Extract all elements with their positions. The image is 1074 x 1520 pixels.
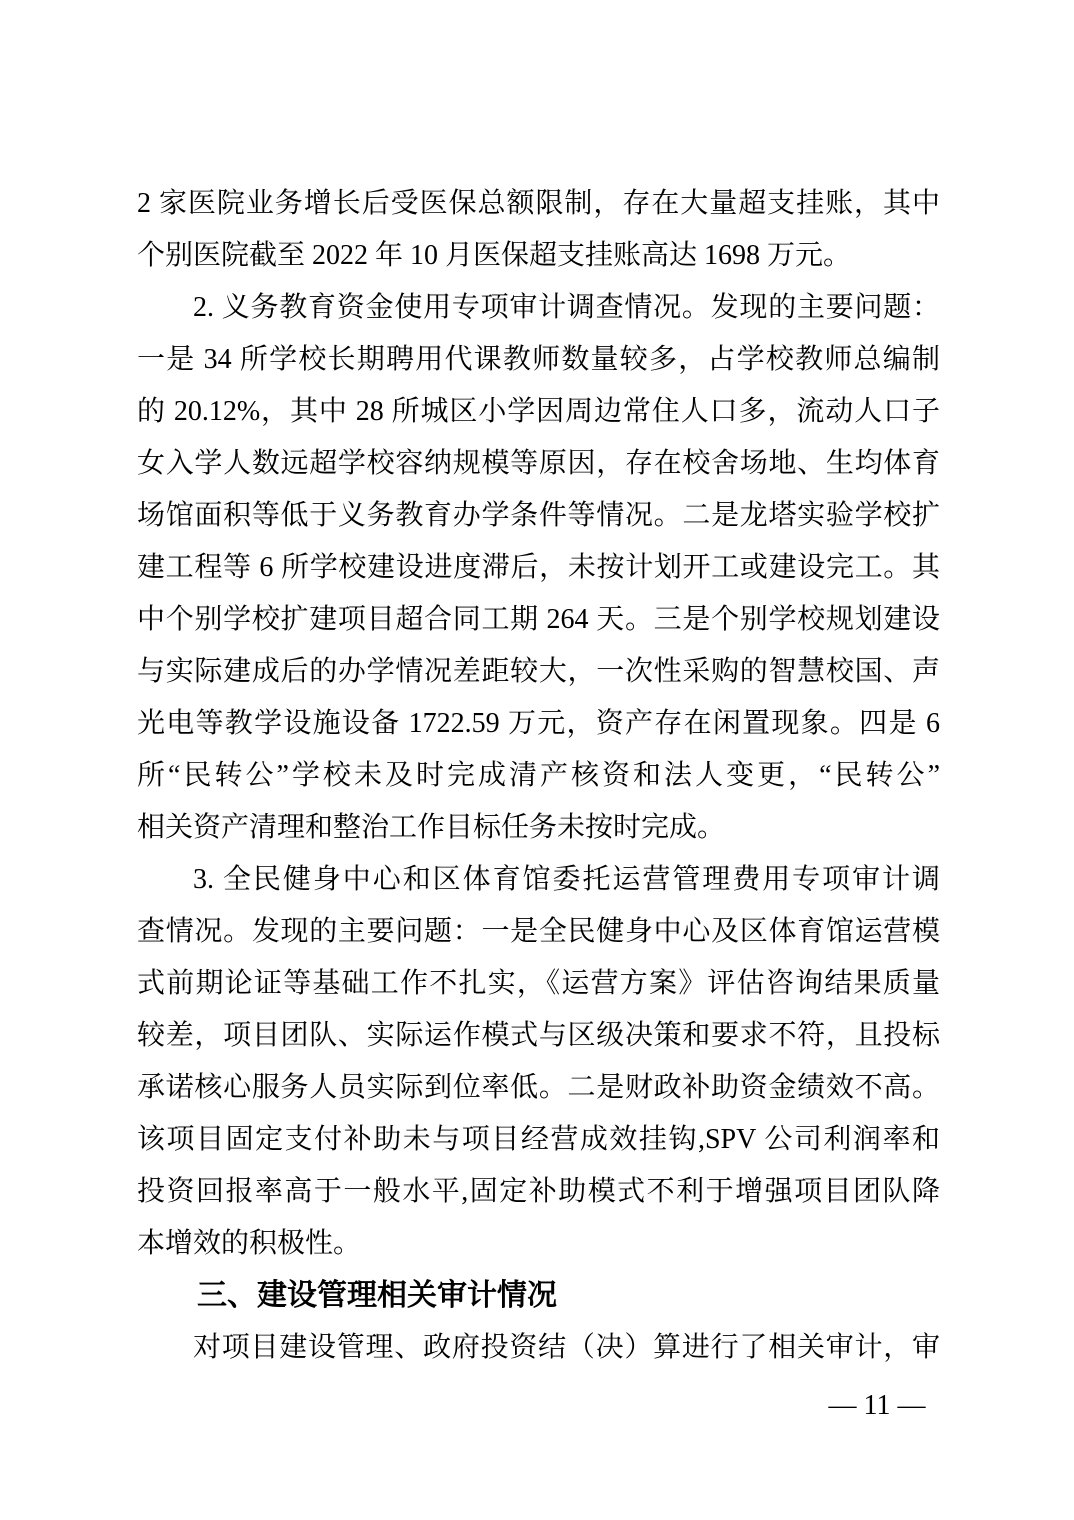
- document-line: 的 20.12%，其中 28 所城区小学因周边常住人口多，流动人口子: [137, 386, 940, 438]
- document-line: 对项目建设管理、政府投资结（决）算进行了相关审计，审: [137, 1322, 940, 1374]
- document-line: 与实际建成后的办学情况差距较大，一次性采购的智慧校国、声: [137, 646, 940, 698]
- document-line: 式前期论证等基础工作不扎实，《运营方案》评估咨询结果质量: [137, 958, 940, 1010]
- document-page: 2 家医院业务增长后受医保总额限制，存在大量超支挂账，其中 个别医院截至 202…: [0, 0, 1074, 1520]
- document-line: 相关资产清理和整治工作目标任务未按时完成。: [137, 802, 940, 854]
- document-line: 光电等教学设施设备 1722.59 万元，资产存在闲置现象。四是 6: [137, 698, 940, 750]
- document-line: 查情况。发现的主要问题：一是全民健身中心及区体育馆运营模: [137, 906, 940, 958]
- document-line: 建工程等 6 所学校建设进度滞后，未按计划开工或建设完工。其: [137, 542, 940, 594]
- document-line: 本增效的积极性。: [137, 1218, 940, 1270]
- document-line: 承诺核心服务人员实际到位率低。二是财政补助资金绩效不高。: [137, 1062, 940, 1114]
- document-line: 2. 义务教育资金使用专项审计调查情况。发现的主要问题：: [137, 282, 940, 334]
- document-line: 投资回报率高于一般水平,固定补助模式不利于增强项目团队降: [137, 1166, 940, 1218]
- document-line: 该项目固定支付补助未与项目经营成效挂钩,SPV 公司利润率和: [137, 1114, 940, 1166]
- document-line: 所“民转公”学校未及时完成清产核资和法人变更，“民转公”: [137, 750, 940, 802]
- document-line: 较差，项目团队、实际运作模式与区级决策和要求不符，且投标: [137, 1010, 940, 1062]
- document-body: 2 家医院业务增长后受医保总额限制，存在大量超支挂账，其中 个别医院截至 202…: [137, 178, 940, 1374]
- section-heading: 三、建设管理相关审计情况: [137, 1270, 940, 1322]
- document-line: 中个别学校扩建项目超合同工期 264 天。三是个别学校规划建设: [137, 594, 940, 646]
- document-line: 场馆面积等低于义务教育办学条件等情况。二是龙塔实验学校扩: [137, 490, 940, 542]
- document-line: 2 家医院业务增长后受医保总额限制，存在大量超支挂账，其中: [137, 178, 940, 230]
- page-number: — 11 —: [812, 1388, 942, 1424]
- document-line: 3. 全民健身中心和区体育馆委托运营管理费用专项审计调: [137, 854, 940, 906]
- document-line: 女入学人数远超学校容纳规模等原因，存在校舍场地、生均体育: [137, 438, 940, 490]
- document-line: 个别医院截至 2022 年 10 月医保超支挂账高达 1698 万元。: [137, 230, 940, 282]
- document-line: 一是 34 所学校长期聘用代课教师数量较多，占学校教师总编制: [137, 334, 940, 386]
